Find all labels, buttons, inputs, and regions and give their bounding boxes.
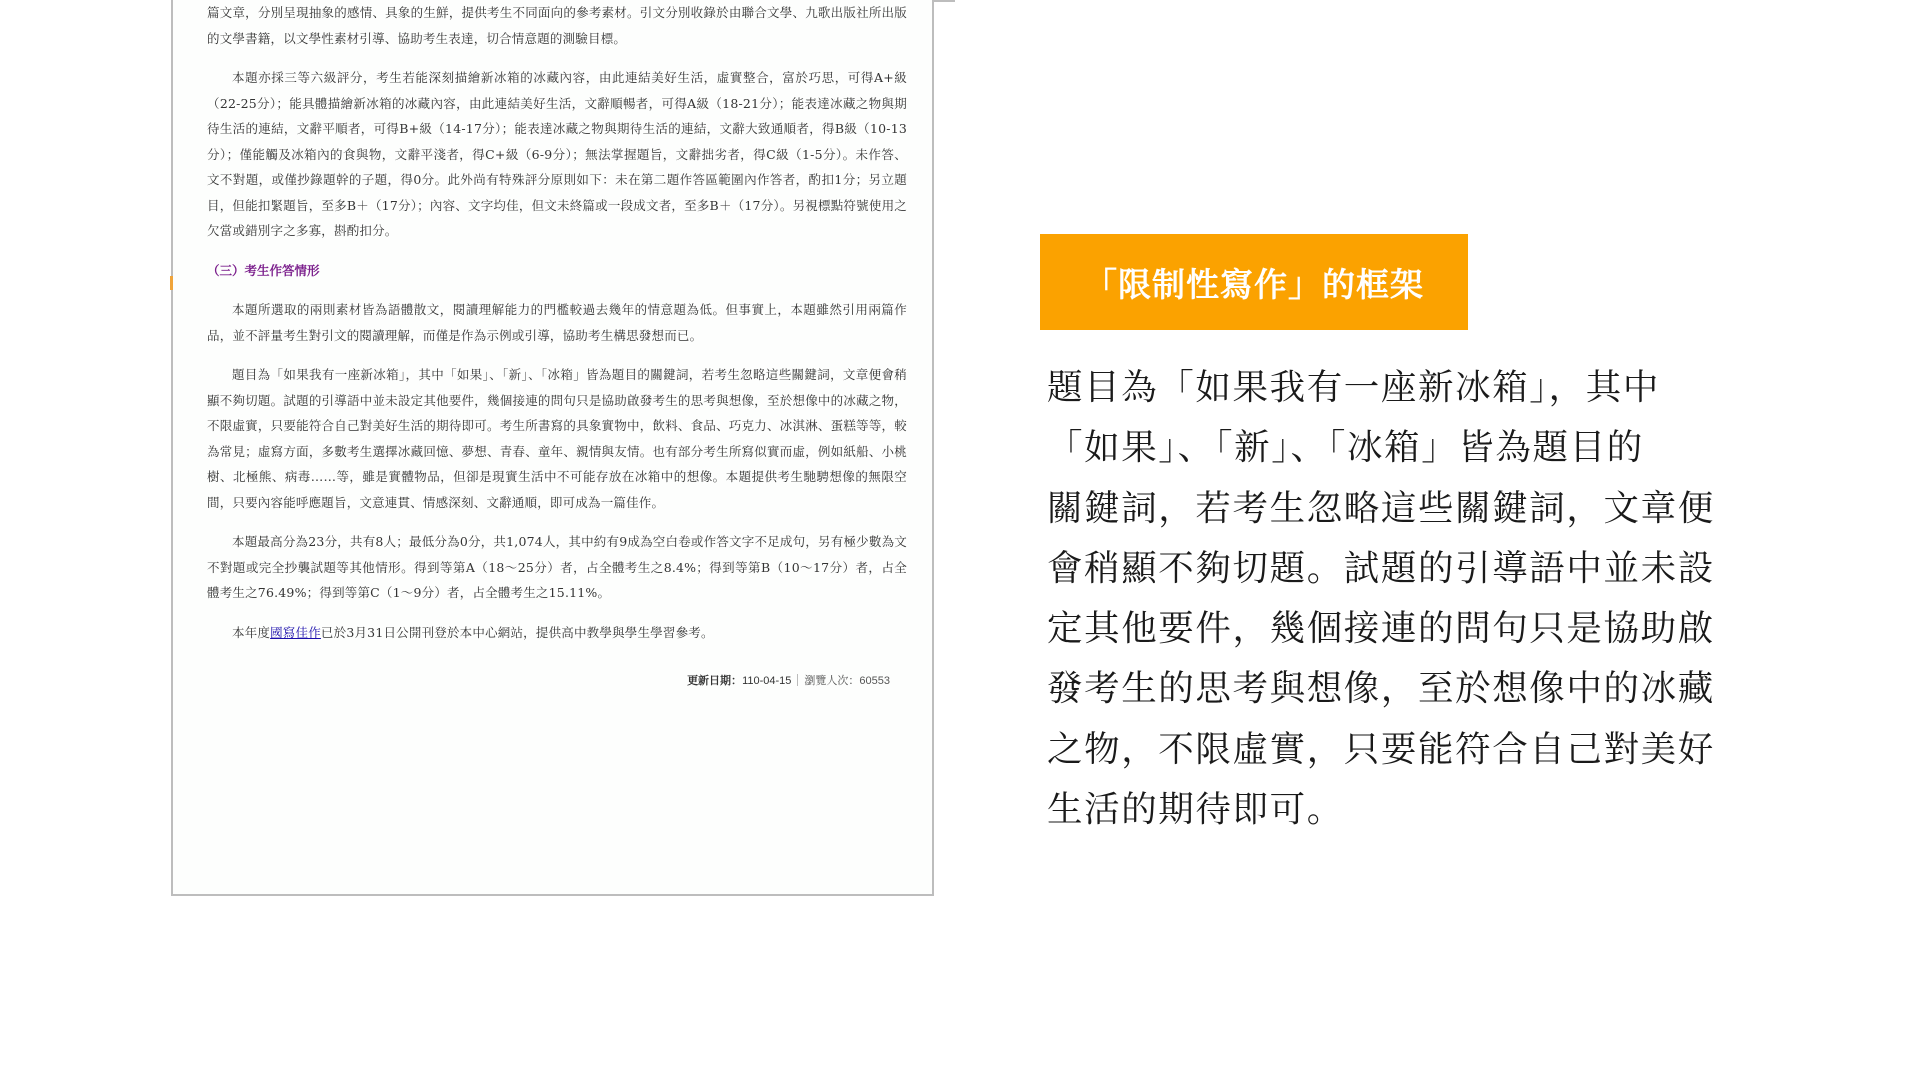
slide-text-line: 「如果」、「新」、「冰箱」皆為題目的 — [1047, 418, 1747, 478]
doc-paragraph-topic: 題目為「如果我有一座新冰箱」，其中「如果」、「新」、「冰箱」皆為題目的關鍵詞，若… — [207, 362, 907, 515]
presentation-slide: 篇文章，分別呈現抽象的感情、具象的生鮮，提供考生不同面向的參考素材。引文分別收錄… — [0, 0, 1920, 1080]
closing-text-before: 本年度 — [232, 625, 270, 640]
slide-text-line: 關鍵詞，若考生忽略這些關鍵詞，文章便 — [1047, 479, 1747, 539]
doc-paragraph-statistics: 本題最高分為23分，共有8人；最低分為0分，共1,074人，其中約有9成為空白卷… — [207, 529, 907, 606]
doc-paragraph-closing: 本年度國寫佳作已於3月31日公開刊登於本中心網站，提供高中教學與學生學習參考。 — [207, 620, 907, 646]
slide-heading-text: 「限制性寫作」的框架 — [1084, 259, 1424, 306]
doc-paragraph-materials: 本題所選取的兩則素材皆為語體散文，閱讀理解能力的門檻較過去幾年的情意題為低。但事… — [207, 297, 907, 348]
document-body: 篇文章，分別呈現抽象的感情、具象的生鮮，提供考生不同面向的參考素材。引文分別收錄… — [207, 0, 907, 659]
slide-text-line: 生活的期待即可。 — [1047, 780, 1747, 840]
slide-explanation: 題目為「如果我有一座新冰箱」，其中 「如果」、「新」、「冰箱」皆為題目的 關鍵詞… — [1047, 358, 1747, 840]
slide-heading-banner: 「限制性寫作」的框架 — [1040, 234, 1468, 330]
slide-text-line: 定其他要件，幾個接連的問句只是協助啟 — [1047, 599, 1747, 659]
view-count-value: 60553 — [859, 675, 890, 687]
doc-section-heading: （三）考生作答情形 — [207, 258, 907, 284]
page-edge-marker — [170, 276, 173, 290]
doc-paragraph-intro: 篇文章，分別呈現抽象的感情、具象的生鮮，提供考生不同面向的參考素材。引文分別收錄… — [207, 0, 907, 51]
footer-divider — [797, 674, 798, 686]
doc-paragraph-scoring: 本題亦採三等六級評分，考生若能深刻描繪新冰箱的冰藏內容，由此連結美好生活，虛實整… — [207, 65, 907, 244]
slide-text-line: 發考生的思考與想像，至於想像中的冰藏 — [1047, 659, 1747, 719]
document-footer: 更新日期：110-04-15瀏覽人次：60553 — [687, 672, 890, 688]
updated-date-value: 110-04-15 — [742, 675, 791, 687]
closing-text-after: 已於3月31日公開刊登於本中心網站，提供高中教學與學生學習參考。 — [321, 625, 714, 640]
view-count-label: 瀏覽人次： — [804, 675, 859, 687]
document-page: 篇文章，分別呈現抽象的感情、具象的生鮮，提供考生不同面向的參考素材。引文分別收錄… — [171, 0, 934, 896]
slide-text-line: 題目為「如果我有一座新冰箱」，其中 — [1047, 358, 1747, 418]
updated-date-label: 更新日期： — [687, 675, 742, 687]
slide-text-line: 之物，不限虛實，只要能符合自己對美好 — [1047, 720, 1747, 780]
slide-text-line: 會稍顯不夠切題。試題的引導語中並未設 — [1047, 539, 1747, 599]
excellent-essays-link[interactable]: 國寫佳作 — [270, 625, 321, 640]
